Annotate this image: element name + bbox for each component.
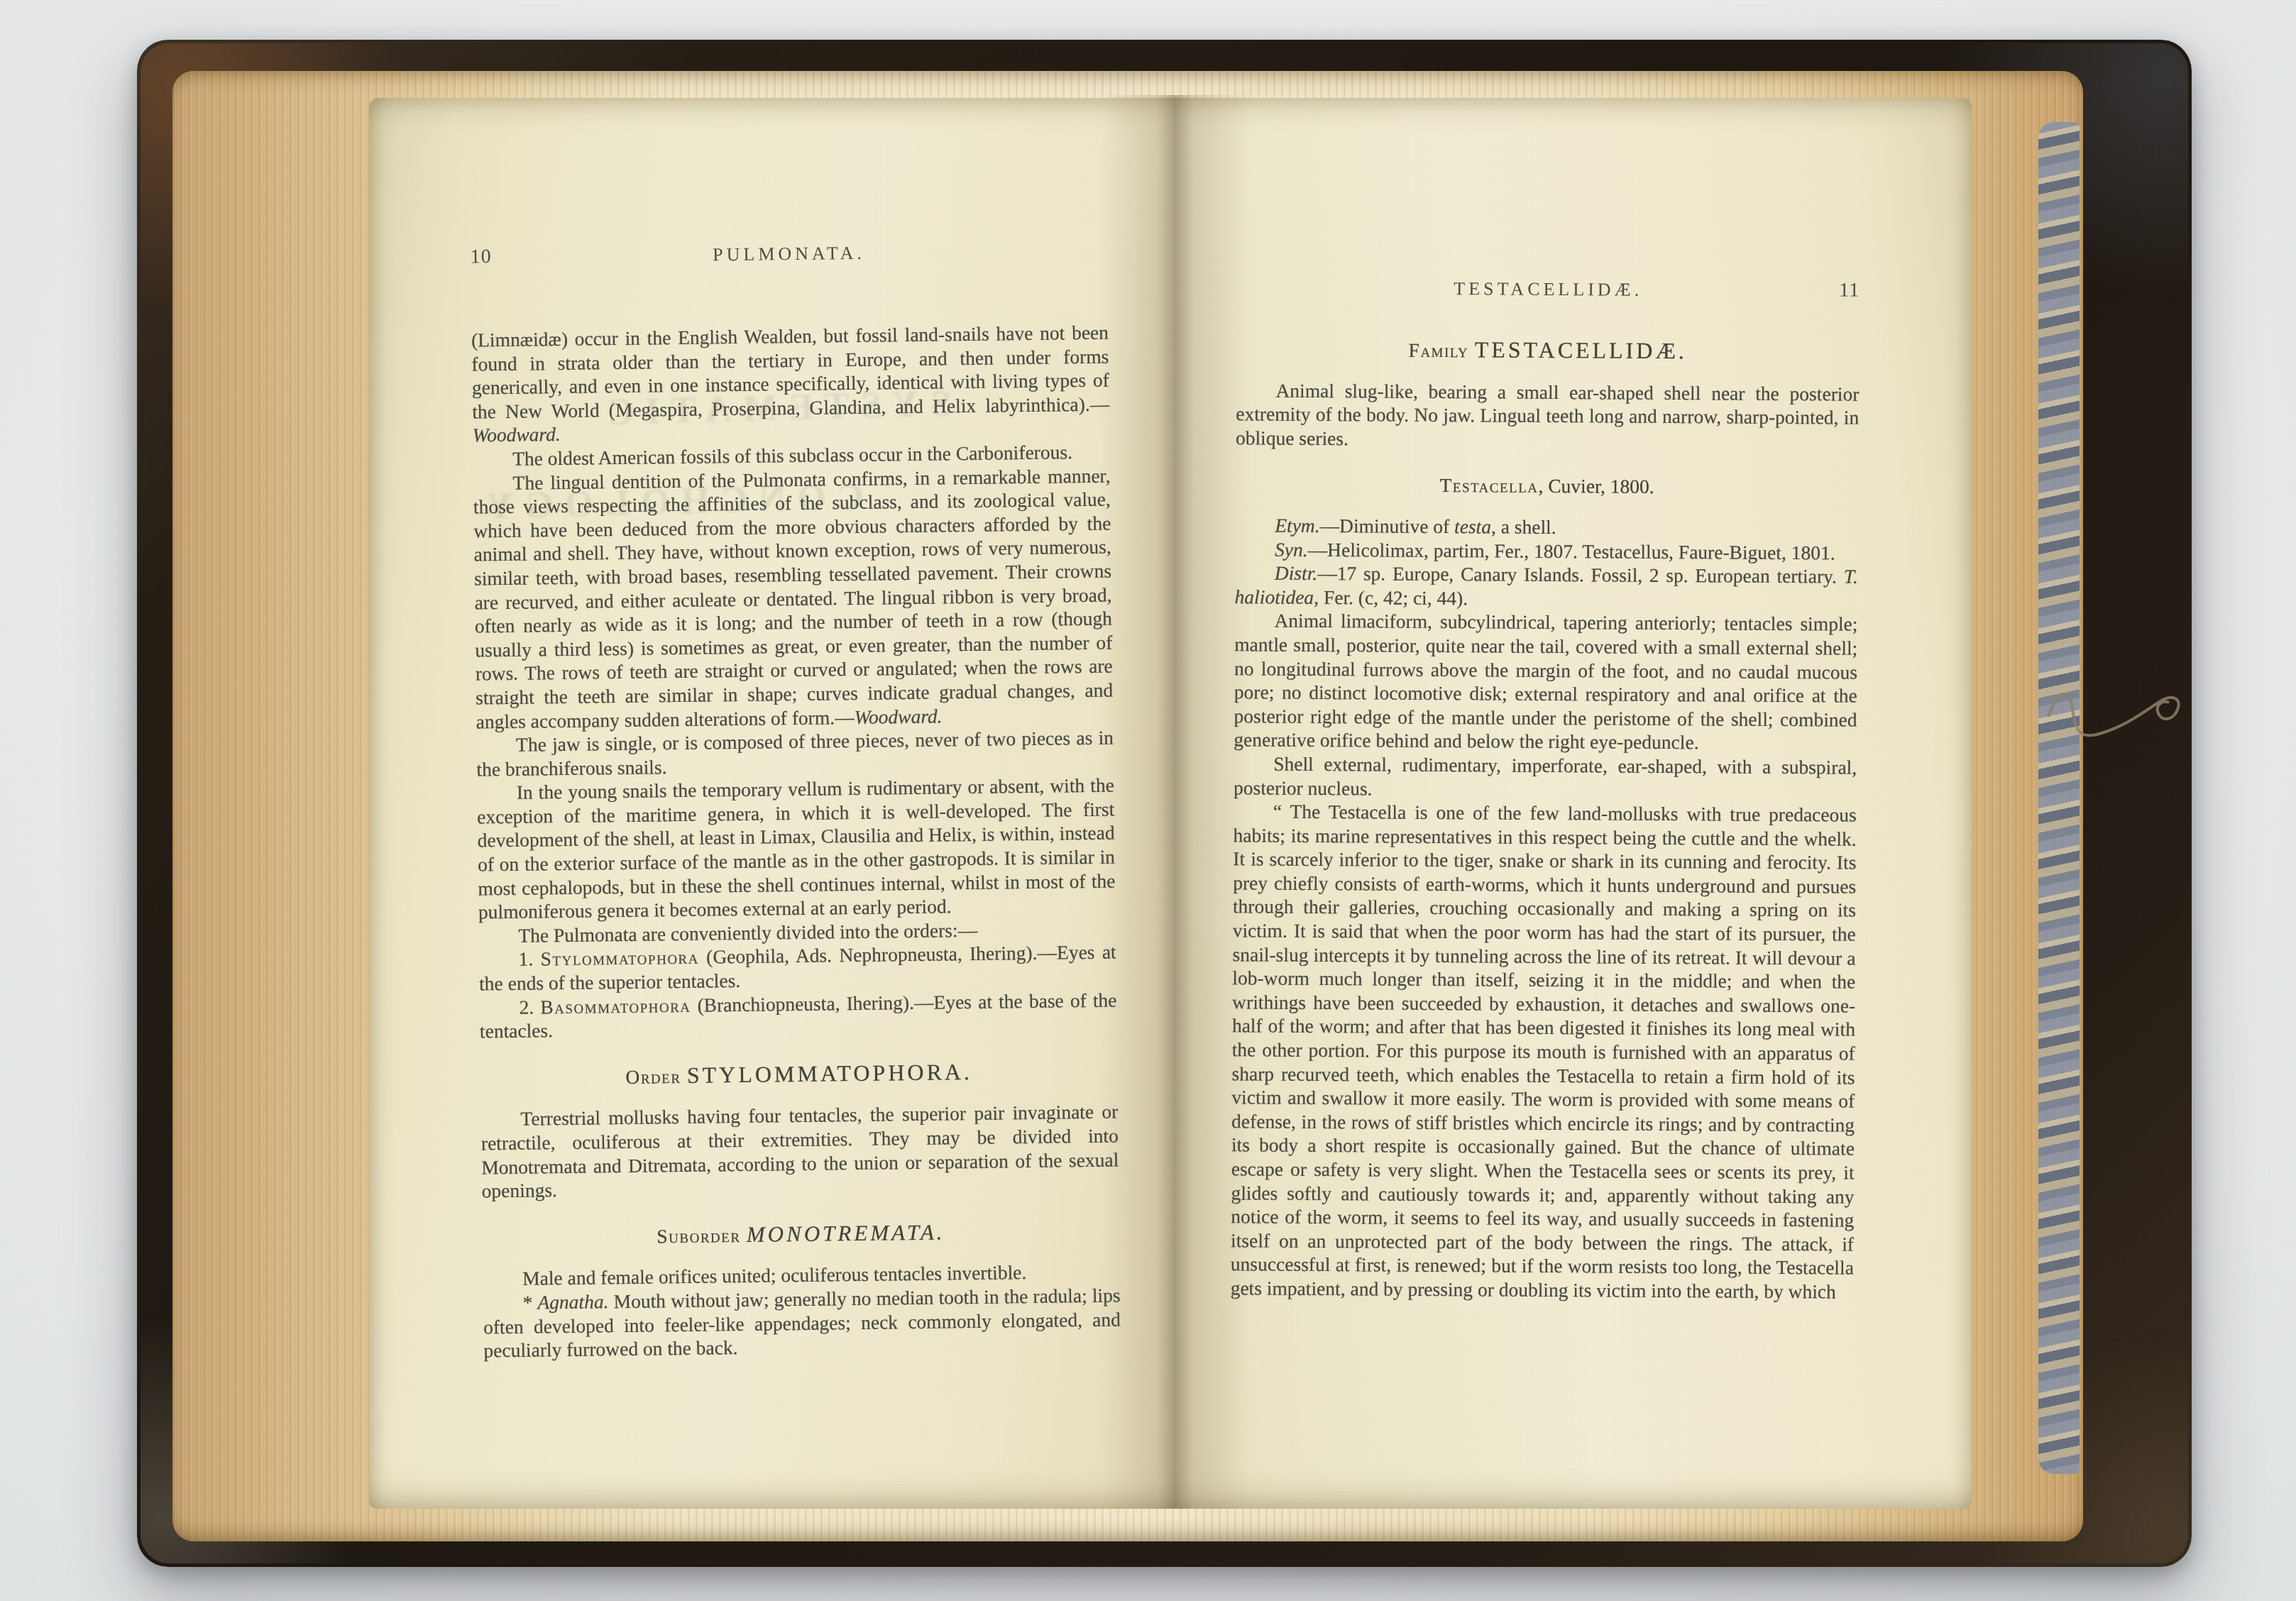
paragraph: The jaw is single, or is composed of thr… [476,726,1114,781]
paragraph: (Limnæidæ) occur in the English Wealden,… [471,321,1110,448]
section-heading: Testacella, Cuvier, 1800. [1236,473,1859,500]
marbled-edge [2038,122,2080,1474]
left-page-content: 10 PULMONATA. (Limnæidæ) occur in the En… [470,240,1121,1363]
paragraph: Shell external, rudimentary, imperforate… [1234,752,1857,803]
left-page-header-row: 10 PULMONATA. [470,240,1107,277]
paragraph: Distr.—17 sp. Europe, Canary Islands. Fo… [1235,561,1858,612]
paragraph: The lingual dentition of the Pulmonata c… [473,463,1113,733]
paragraph: Syn.—Helicolimax, partim, Fer., 1807. Te… [1235,537,1858,565]
left-page-number: 10 [470,246,491,268]
paragraph: In the young snails the temporary vellum… [477,774,1116,925]
paragraph: 2. Basommatophora (Branchiopneusta, Iher… [479,988,1117,1043]
section-heading: Order STYLOMMATOPHORA. [480,1058,1118,1091]
paragraph: “ The Testacella is one of the few land-… [1231,799,1857,1304]
paragraph: Animal slug-like, bearing a small ear-sh… [1236,378,1860,453]
loose-thread [2038,666,2198,776]
paragraph: Etym.—Diminutive of testa, a shell. [1235,513,1858,541]
right-page: TESTACELLIDÆ. 11 Family TESTACELLIDÆ.Ani… [1175,98,1972,1509]
paragraph: Animal limaciform, subcylindrical, taper… [1234,609,1857,756]
section-heading: Suborder MONOTREMATA. [482,1218,1119,1250]
paragraph: Terrestrial mollusks having four tentacl… [480,1100,1119,1203]
section-heading: Family TESTACELLIDÆ. [1236,336,1860,365]
right-page-header-row: TESTACELLIDÆ. 11 [1236,277,1860,310]
left-page: SYSTEMATIC CONCHOLOGY 10 PULMONATA. (Lim… [369,98,1175,1509]
right-page-text: Family TESTACELLIDÆ.Animal slug-like, be… [1231,336,1860,1304]
right-page-number: 11 [1839,280,1860,302]
paragraph: * Agnatha. Mouth without jaw; generally … [483,1283,1121,1363]
paragraph: 1. Stylommatophora (Geophila, Ads. Nephr… [478,940,1116,996]
book-photo: SYSTEMATIC CONCHOLOGY 10 PULMONATA. (Lim… [0,0,2296,1601]
right-running-head: TESTACELLIDÆ. [1236,277,1860,302]
right-page-content: TESTACELLIDÆ. 11 Family TESTACELLIDÆ.Ani… [1231,277,1860,1304]
left-page-text: (Limnæidæ) occur in the English Wealden,… [471,321,1121,1363]
left-running-head: PULMONATA. [470,240,1107,269]
